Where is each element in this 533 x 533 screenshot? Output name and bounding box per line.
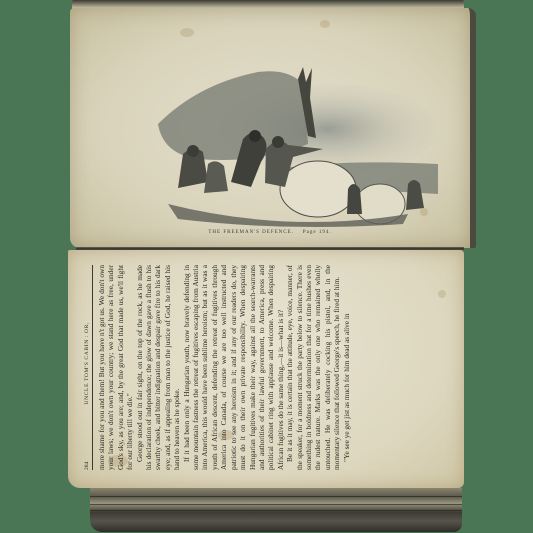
running-head: 284 UNCLE TOM'S CABIN : OR, [84, 265, 93, 470]
open-book: THE FREEMAN'S DEFENCE. Page 194. 284 UNC… [62, 0, 474, 533]
paragraph: "Ye see ye get jist as much for him dead… [342, 265, 351, 470]
paragraph: Be it as it may, it is certain that the … [285, 265, 341, 470]
rotated-text-block: 284 UNCLE TOM'S CABIN : OR, more shame f… [68, 250, 464, 488]
text-page: 284 UNCLE TOM'S CABIN : OR, more shame f… [68, 250, 464, 488]
page-number: 284 [84, 462, 90, 470]
paragraph: If it had been only a Hungarian youth, n… [182, 265, 285, 470]
paragraph: George stood out in fair sight, on the t… [135, 265, 182, 470]
engraving-illustration [138, 64, 438, 229]
plate-caption: THE FREEMAN'S DEFENCE. Page 194. [70, 230, 470, 235]
page-block-fore-edge [90, 488, 462, 532]
paragraph: more shame for you and them! But you hav… [97, 265, 135, 470]
caption-title: THE FREEMAN'S DEFENCE. [208, 230, 294, 235]
running-head-title: UNCLE TOM'S CABIN : OR, [84, 265, 90, 462]
illustration-plate-page: THE FREEMAN'S DEFENCE. Page 194. [70, 8, 476, 248]
caption-page-ref: Page 194. [303, 230, 332, 235]
